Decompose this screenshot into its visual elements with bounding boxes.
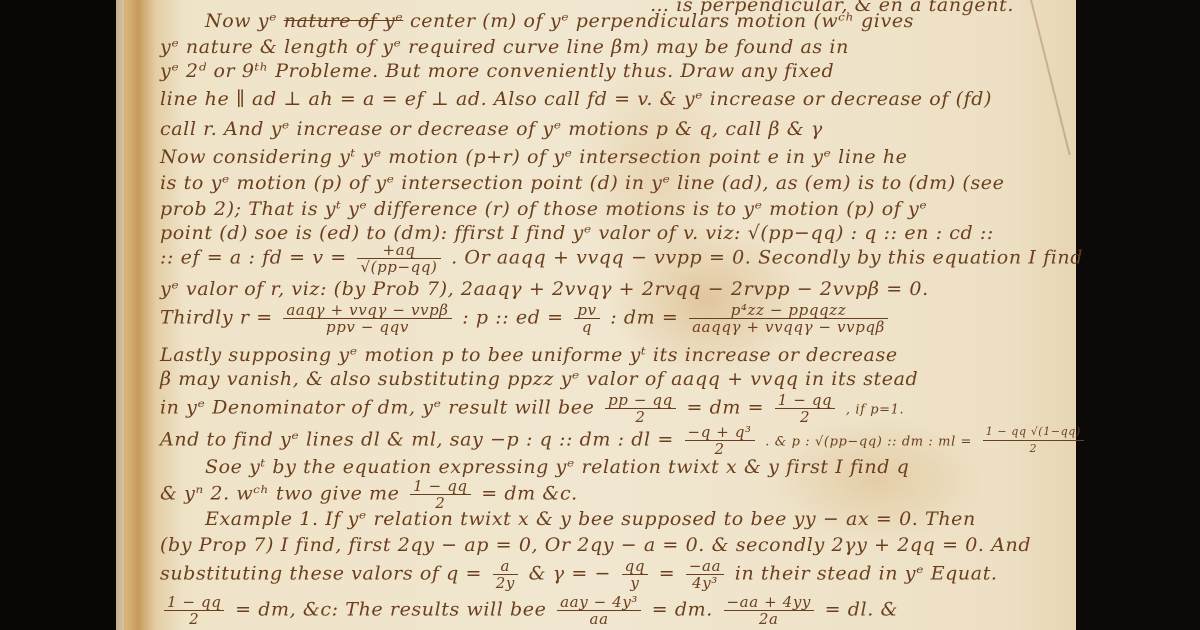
line-text: yᵉ valor of r, viz: (by Prob 7), 2aaqγ +… bbox=[160, 278, 929, 300]
dark-background-right bbox=[1076, 0, 1200, 630]
line-text: = dm &c. bbox=[481, 483, 578, 505]
line-text: = dm, &c: The results will bee bbox=[235, 599, 546, 621]
line-text: call r. And yᵉ increase or decrease of y… bbox=[160, 118, 823, 140]
fraction: pvq bbox=[574, 302, 599, 335]
manuscript-line: line he ∥ ad ⊥ ah = a = ef ⊥ ad. Also ca… bbox=[160, 88, 992, 110]
line-text: Lastly supposing yᵉ motion p to bee unif… bbox=[160, 344, 898, 366]
line-text: Now yᵉ bbox=[205, 10, 277, 32]
line-text: . Or aaqq + vvqq − vvpp = 0. Secondly by… bbox=[451, 247, 1083, 269]
manuscript-line: & yⁿ 2. wᶜʰ two give me 1 − qq2 = dm &c. bbox=[160, 478, 578, 511]
manuscript-line: is to yᵉ motion (p) of yᵉ intersection p… bbox=[160, 172, 1005, 194]
line-text: substituting these valors of q = bbox=[160, 563, 482, 585]
manuscript-line: substituting these valors of q = a2y & γ… bbox=[160, 558, 998, 591]
line-text: , if p=1. bbox=[846, 403, 904, 418]
manuscript-line: Soe yᵗ by the equation expressing yᵉ rel… bbox=[205, 456, 909, 478]
fraction: 1 − qq2 bbox=[775, 392, 835, 425]
fraction: 1 − qq2 bbox=[164, 594, 224, 627]
page-torn-edge bbox=[116, 0, 124, 630]
fraction: pp − qq2 bbox=[605, 392, 676, 425]
line-text: Soe yᵗ by the equation expressing yᵉ rel… bbox=[205, 456, 909, 478]
fraction: p⁴zz − ppqqzzaaqqγ + vvqqγ − vvpqβ bbox=[689, 302, 888, 335]
line-text: yᵉ 2ᵈ or 9ᵗʰ Probleme. But more convenie… bbox=[160, 60, 834, 82]
fraction: 1 − qq √(1−qq)2 bbox=[983, 424, 1084, 457]
manuscript-line: in yᵉ Denominator of dm, yᵉ result will … bbox=[160, 392, 904, 425]
fraction: −aa4y³ bbox=[686, 558, 724, 591]
manuscript-line: call r. And yᵉ increase or decrease of y… bbox=[160, 118, 823, 140]
manuscript-line: And to find yᵉ lines dl & ml, say −p : q… bbox=[160, 424, 1088, 457]
fraction: qqy bbox=[622, 558, 648, 591]
line-text: in yᵉ Denominator of dm, yᵉ result will … bbox=[160, 397, 594, 419]
manuscript-line: (by Prop 7) I find, first 2qy − ap = 0, … bbox=[160, 534, 1031, 556]
line-text: (by Prop 7) I find, first 2qy − ap = 0, … bbox=[160, 534, 1031, 556]
fraction: aay − 4y³aa bbox=[557, 594, 641, 627]
line-text: Example 1. If yᵉ relation twixt x & y be… bbox=[205, 508, 976, 530]
line-text: point (d) soe is (ed) to (dm): ffirst I … bbox=[160, 222, 994, 244]
manuscript-line: yᵉ 2ᵈ or 9ᵗʰ Probleme. But more convenie… bbox=[160, 60, 834, 82]
line-text: = bbox=[659, 563, 676, 585]
line-text: in their stead in yᵉ Equat. bbox=[735, 563, 998, 585]
manuscript-line: Example 1. If yᵉ relation twixt x & y be… bbox=[205, 508, 976, 530]
fraction: 1 − qq2 bbox=[410, 478, 470, 511]
manuscript-line: :: ef = a : fd = v = +aq√(pp−qq) . Or aa… bbox=[160, 242, 1083, 275]
line-text: = dl. & bbox=[825, 599, 898, 621]
fraction: −q + q³2 bbox=[685, 424, 755, 457]
manuscript-line: Now yᵉ nature of yᵉ center (m) of yᵉ per… bbox=[205, 10, 914, 32]
fraction: aaqγ + vvqγ − vvpβppv − qqv bbox=[283, 302, 451, 335]
manuscript-line: point (d) soe is (ed) to (dm): ffirst I … bbox=[160, 222, 994, 244]
line-text: = dm = bbox=[686, 397, 764, 419]
manuscript-line: yᵉ nature & length of yᵉ required curve … bbox=[160, 36, 849, 58]
manuscript-line: Lastly supposing yᵉ motion p to bee unif… bbox=[160, 344, 898, 366]
line-text: Now considering yᵗ yᵉ motion (p+r) of yᵉ… bbox=[160, 146, 908, 168]
manuscript-line: β may vanish, & also substituting ppzz y… bbox=[160, 368, 918, 390]
manuscript-line: Now considering yᵗ yᵉ motion (p+r) of yᵉ… bbox=[160, 146, 908, 168]
fraction: a2y bbox=[493, 558, 518, 591]
line-text: & yⁿ 2. wᶜʰ two give me bbox=[160, 483, 400, 505]
line-text: : dm = bbox=[610, 307, 678, 329]
line-text: center (m) of yᵉ perpendiculars motion (… bbox=[410, 10, 914, 32]
line-text: Thirdly r = bbox=[160, 307, 273, 329]
manuscript-line: 1 − qq2 = dm, &c: The results will bee a… bbox=[160, 594, 898, 627]
struck-out-text: nature of yᵉ bbox=[284, 10, 404, 32]
line-text: line he ∥ ad ⊥ ah = a = ef ⊥ ad. Also ca… bbox=[160, 88, 992, 110]
fraction: +aq√(pp−qq) bbox=[357, 242, 440, 275]
manuscript-line: Thirdly r = aaqγ + vvqγ − vvpβppv − qqv … bbox=[160, 302, 892, 335]
line-text: & γ = − bbox=[529, 563, 611, 585]
line-text: :: ef = a : fd = v = bbox=[160, 247, 347, 269]
line-text: β may vanish, & also substituting ppzz y… bbox=[160, 368, 918, 390]
fraction: −aa + 4yy2a bbox=[724, 594, 814, 627]
line-text: is to yᵉ motion (p) of yᵉ intersection p… bbox=[160, 172, 1005, 194]
line-text: And to find yᵉ lines dl & ml, say −p : q… bbox=[160, 429, 674, 451]
line-text: : p :: ed = bbox=[462, 307, 563, 329]
manuscript-line: yᵉ valor of r, viz: (by Prob 7), 2aaqγ +… bbox=[160, 278, 929, 300]
line-text: yᵉ nature & length of yᵉ required curve … bbox=[160, 36, 849, 58]
manuscript-line: prob 2); That is yᵗ yᵉ difference (r) of… bbox=[160, 198, 927, 220]
line-text: prob 2); That is yᵗ yᵉ difference (r) of… bbox=[160, 198, 927, 220]
dark-background-left bbox=[0, 0, 118, 630]
line-text: . & p : √(pp−qq) :: dm : ml = bbox=[765, 435, 972, 450]
line-text: = dm. bbox=[652, 599, 713, 621]
